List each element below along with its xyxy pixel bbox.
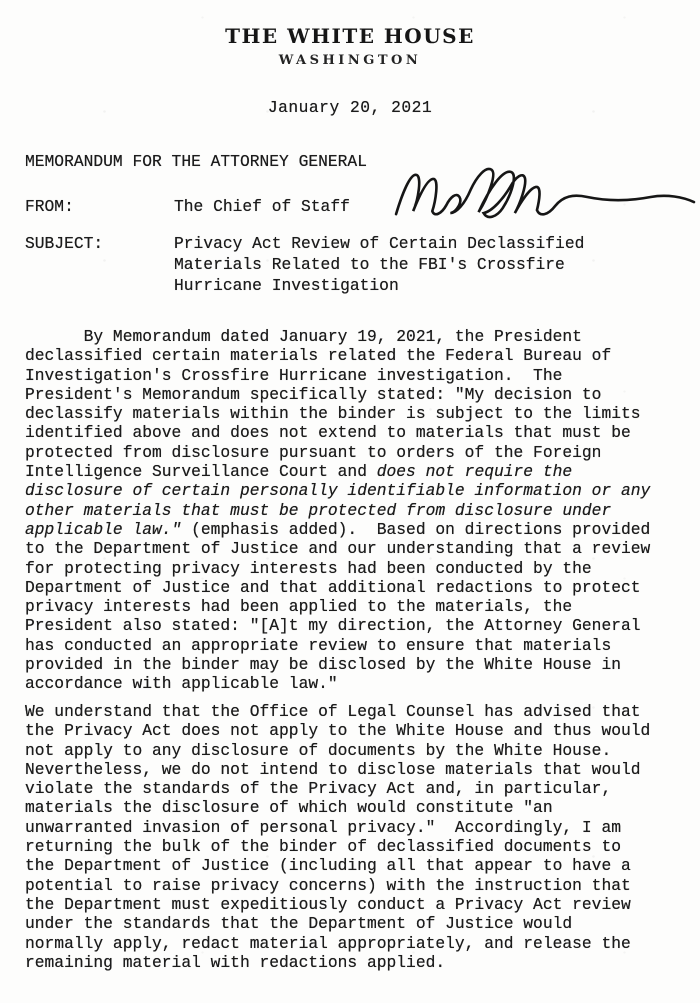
subject-value: Privacy Act Review of Certain Declassifi… bbox=[174, 234, 584, 296]
subject-label: SUBJECT: bbox=[25, 234, 103, 253]
letterhead-subtitle: WASHINGTON bbox=[0, 53, 700, 68]
paragraph-1-segment-normal-1: By Memorandum dated January 19, 2021, th… bbox=[25, 327, 641, 481]
from-label: FROM: bbox=[25, 197, 74, 216]
paragraph-1-segment-normal-2: (emphasis added). Based on directions pr… bbox=[25, 520, 650, 693]
signature-handwriting-icon bbox=[386, 163, 700, 227]
letterhead-date: January 20, 2021 bbox=[0, 98, 700, 117]
paragraph-2: We understand that the Office of Legal C… bbox=[25, 702, 685, 972]
memo-page: THE WHITE HOUSE WASHINGTON January 20, 2… bbox=[0, 0, 700, 1003]
paragraph-1: By Memorandum dated January 19, 2021, th… bbox=[25, 327, 685, 694]
chief-of-staff-signature bbox=[386, 163, 700, 227]
memo-addressee-line: MEMORANDUM FOR THE ATTORNEY GENERAL bbox=[25, 152, 367, 171]
from-value: The Chief of Staff bbox=[174, 197, 350, 216]
letterhead-title: THE WHITE HOUSE bbox=[0, 24, 700, 48]
